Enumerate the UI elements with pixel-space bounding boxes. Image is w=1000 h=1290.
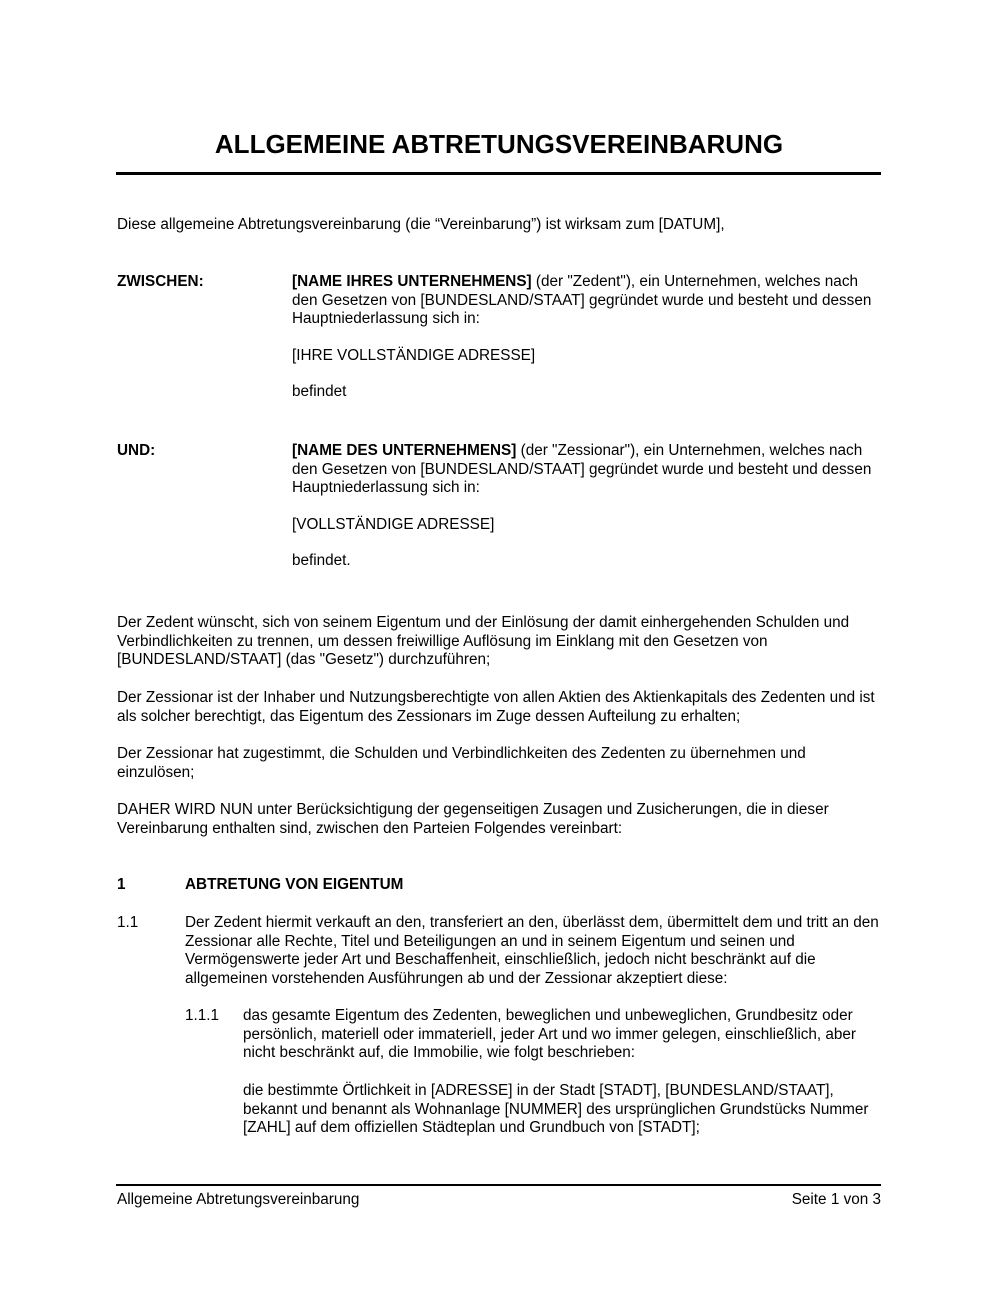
- recital-paragraph: DAHER WIRD NUN unter Berücksichtigung de…: [117, 801, 881, 838]
- clause-number: 1.1: [117, 914, 138, 933]
- party-zessionar-description: [NAME DES UNTERNEHMENS] (der "Zessionar"…: [292, 442, 882, 498]
- subclause-detail: die bestimmte Örtlichkeit in [ADRESSE] i…: [243, 1082, 888, 1138]
- title-divider: [116, 172, 881, 175]
- party-zedent-name: [NAME IHRES UNTERNEHMENS]: [292, 273, 532, 290]
- document-title: ALLGEMEINE ABTRETUNGSVEREINBARUNG: [117, 127, 881, 161]
- subclause-number: 1.1.1: [185, 1007, 219, 1026]
- section-heading: ABTRETUNG VON EIGENTUM: [185, 876, 403, 895]
- recital-paragraph: Der Zessionar hat zugestimmt, die Schuld…: [117, 745, 881, 782]
- party-zedent-closing: befindet: [292, 383, 882, 402]
- footer-page-number: Seite 1 von 3: [792, 1191, 881, 1209]
- party-zedent: [NAME IHRES UNTERNEHMENS] (der "Zedent")…: [292, 273, 882, 402]
- document-page: ALLGEMEINE ABTRETUNGSVEREINBARUNG Diese …: [117, 0, 881, 1290]
- recital-paragraph: Der Zessionar ist der Inhaber und Nutzun…: [117, 689, 881, 726]
- footer-document-name: Allgemeine Abtretungsvereinbarung: [117, 1191, 359, 1209]
- party-zessionar: [NAME DES UNTERNEHMENS] (der "Zessionar"…: [292, 442, 882, 571]
- party-label-zwischen: ZWISCHEN:: [117, 273, 204, 292]
- section-number: 1: [117, 876, 126, 895]
- party-label-und: UND:: [117, 442, 155, 461]
- party-zedent-description: [NAME IHRES UNTERNEHMENS] (der "Zedent")…: [292, 273, 882, 329]
- party-zessionar-closing: befindet.: [292, 552, 882, 571]
- clause-text: Der Zedent hiermit verkauft an den, tran…: [185, 914, 885, 988]
- intro-paragraph: Diese allgemeine Abtretungsvereinbarung …: [117, 216, 881, 235]
- party-zessionar-address: [VOLLSTÄNDIGE ADRESSE]: [292, 516, 882, 535]
- subclause-text: das gesamte Eigentum des Zedenten, beweg…: [243, 1007, 883, 1063]
- party-zessionar-name: [NAME DES UNTERNEHMENS]: [292, 442, 516, 459]
- footer-divider: [116, 1184, 881, 1186]
- party-zedent-address: [IHRE VOLLSTÄNDIGE ADRESSE]: [292, 347, 882, 366]
- recital-paragraph: Der Zedent wünscht, sich von seinem Eige…: [117, 614, 881, 670]
